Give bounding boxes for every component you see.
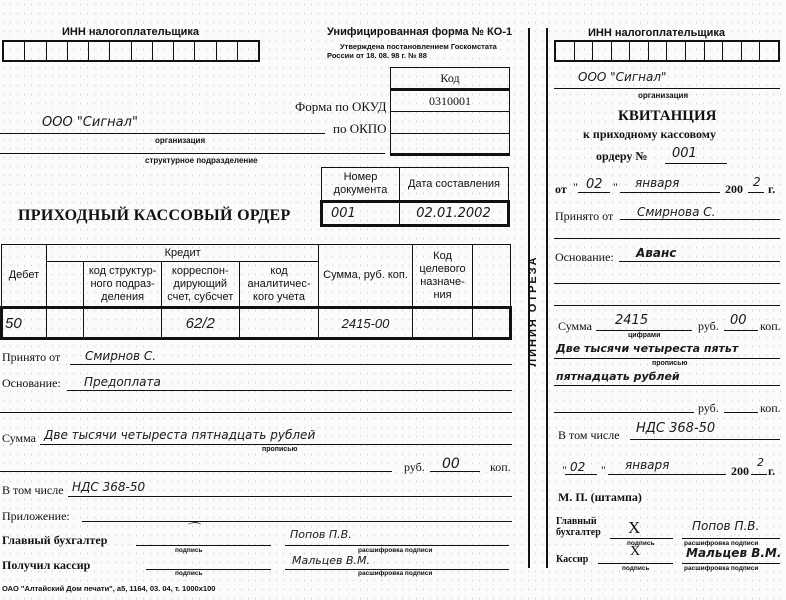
printer-footer: ОАО "Алтайский Дом печати", а5, 1164, 03…: [2, 584, 215, 593]
receipt-title: КВИТАНЦИЯ: [618, 108, 716, 125]
basis-line: [67, 390, 512, 391]
rub-label: руб.: [404, 460, 425, 475]
sum-words-value[interactable]: Две тысячи четыреста пятнадцать рублей: [44, 428, 315, 442]
receipt-basis-line-3: [554, 305, 780, 306]
receipt-date-year-line: [748, 192, 764, 193]
cashier-sign-caption: подпись: [175, 570, 202, 577]
receipt-sign-date-year-line: [751, 474, 767, 475]
receipt-date-day[interactable]: 02: [586, 177, 603, 192]
receipt-order-no-line: [665, 163, 727, 164]
doc-date-header: Дата составления: [400, 168, 509, 202]
okud-label: Форма по ОКУД: [295, 99, 387, 115]
receipt-basis-line: [619, 261, 780, 262]
accounting-table: Дебет Кредит Сумма, руб. коп. Код целево…: [0, 244, 512, 340]
structural-unit-caption: структурное подразделение: [145, 156, 258, 165]
receipt-cashier-name-caption: расшифровка подписи: [684, 565, 758, 572]
cut-line-label: ЛИНИЯ ОТРЕЗА: [527, 246, 539, 376]
quote-close-2: ": [601, 463, 606, 478]
receipt-rub-label: руб.: [698, 319, 719, 334]
sum-words-line: [40, 444, 512, 445]
col-sum: Сумма, руб. коп.: [319, 245, 412, 308]
receipt-sign-date-year-prefix: 200: [731, 464, 749, 479]
chief-accountant-name-line: [285, 545, 509, 546]
receipt-chief-accountant-name-line: [682, 538, 780, 539]
cell-credit-blank[interactable]: [46, 308, 83, 339]
receipt-date-year-suffix[interactable]: 2: [753, 175, 761, 189]
chief-accountant-name-caption: расшифровка подписи: [358, 547, 432, 554]
receipt-received-from-line: [620, 219, 780, 220]
receipt-order-no-value[interactable]: 001: [672, 146, 697, 161]
receipt-kop-label: коп.: [760, 319, 781, 334]
cell-structural-code[interactable]: [84, 308, 162, 339]
received-from-label: Принято от: [2, 350, 60, 365]
organization-line: [0, 133, 325, 134]
receipt-organization-line: [554, 88, 780, 89]
receipt-chief-accountant-label-1: Главный: [556, 516, 597, 527]
receipt-including-label: В том числе: [558, 428, 620, 443]
receipt-chief-accountant-name[interactable]: Попов П.В.: [692, 519, 759, 533]
receipt-sum-digits-caption: цифрами: [628, 332, 660, 339]
receipt-kop2-line: [724, 412, 758, 413]
sum-words-line-2: [0, 471, 392, 472]
okpo-value[interactable]: [391, 112, 510, 134]
chief-accountant-label: Главный бухгалтер: [2, 533, 107, 548]
cashier-name-caption: расшифровка подписи: [358, 570, 432, 577]
cashier-label: Получил кассир: [2, 558, 90, 573]
receipt-kop-value[interactable]: 00: [730, 313, 747, 328]
approved-line-2: России от 18. 08. 98 г. № 88: [327, 51, 427, 60]
receipt-basis-line-2: [554, 283, 780, 284]
receipt-cashier-label: Кассир: [556, 554, 588, 565]
approved-line-1: Утверждена постановлением Госкомстата: [340, 42, 497, 51]
receipt-date-from-label: от: [555, 182, 567, 197]
receipt-sum-words-line-1[interactable]: Две тысячи четыреста пятьт: [556, 342, 738, 355]
doc-number-header: Номер документа: [322, 168, 400, 202]
cell-purpose-code[interactable]: [412, 308, 473, 339]
receipt-chief-accountant-sign-line: [610, 538, 673, 539]
receipt-cashier-name-line: [682, 563, 780, 564]
receipt-rub2-line: [554, 412, 694, 413]
receipt-year-label: г.: [768, 182, 775, 197]
receipt-sum-words-line: [554, 358, 780, 359]
receipt-organization-value[interactable]: ООО "Сигнал": [578, 70, 667, 84]
received-from-value[interactable]: Смирнов С.: [85, 349, 156, 363]
cell-debit[interactable]: 50: [2, 308, 47, 339]
cut-line-right: [546, 28, 548, 568]
chief-accountant-name[interactable]: Попов П.В.: [290, 528, 352, 541]
receipt-including-line: [630, 439, 780, 440]
receipt-chief-accountant-label-2: бухгалтер: [556, 527, 601, 538]
col-blank: [473, 245, 511, 308]
col-analytic-code: код аналитичес-кого учета: [239, 262, 319, 308]
including-label: В том числе: [2, 483, 64, 498]
receipt-date-month[interactable]: января: [635, 176, 679, 190]
col-credit: Кредит: [46, 245, 319, 262]
receipt-received-from-line-2: [554, 238, 780, 239]
receipt-inn-label: ИНН налогоплательщика: [588, 27, 725, 39]
col-corr-account: корреспон-дирующий счет, субсчет: [161, 262, 239, 308]
structural-unit-line: [0, 153, 385, 154]
organization-caption: организация: [155, 136, 205, 145]
including-value[interactable]: НДС 368-50: [72, 480, 145, 494]
cell-corr-account[interactable]: 62/2: [161, 308, 239, 339]
cell-blank[interactable]: [473, 308, 511, 339]
doc-number-date-box: Номер документа Дата составления 001 02.…: [320, 167, 510, 227]
kop-line: [430, 471, 480, 472]
doc-number-value[interactable]: 001: [322, 202, 400, 226]
receipt-basis-label: Основание:: [555, 250, 614, 265]
col-purpose-code: Код целевого назначе-ния: [412, 245, 473, 308]
receipt-sum-label: Сумма: [558, 319, 592, 334]
quote-close: ": [613, 180, 618, 195]
receipt-sum-words-line-2[interactable]: пятнадцать рублей: [556, 370, 680, 383]
sum-words-caption: прописью: [262, 446, 298, 453]
okud-value[interactable]: 0310001: [391, 90, 510, 112]
doc-date-value[interactable]: 02.01.2002: [400, 202, 509, 226]
receipt-date-day-line: [578, 192, 610, 193]
attachment-label: Приложение:: [2, 509, 70, 524]
receipt-sum-digits-value[interactable]: 2415: [615, 313, 648, 328]
code-header: Код: [391, 68, 510, 90]
receipt-inn-input-cells[interactable]: [554, 40, 780, 62]
receipt-cashier-sign-caption: подпись: [622, 565, 649, 572]
code-box: Код 0310001: [390, 67, 510, 156]
receipt-sum-words-caption: прописью: [652, 360, 688, 367]
receipt-sum-digits-line: [596, 330, 692, 331]
organization-value[interactable]: ООО "Сигнал": [42, 115, 138, 130]
chief-accountant-sign-caption: подпись: [175, 547, 202, 554]
document-title: ПРИХОДНЫЙ КАССОВЫЙ ОРДЕР: [18, 207, 291, 225]
attachment-line: [82, 521, 512, 522]
receipt-subtitle: к приходному кассовому: [583, 127, 716, 142]
receipt-kop2-label: коп.: [760, 401, 781, 416]
receipt-including-value[interactable]: НДС 368-50: [636, 421, 715, 436]
receipt-rub2-label: руб.: [698, 401, 719, 416]
col-debit: Дебет: [2, 245, 47, 308]
cell-analytic-code[interactable]: [239, 308, 319, 339]
received-from-line: [70, 364, 512, 365]
receipt-basis-value[interactable]: Аванс: [636, 246, 676, 260]
receipt-sign-year-label: г.: [768, 464, 775, 479]
receipt-chief-accountant-sign[interactable]: X: [628, 518, 640, 538]
receipt-sign-date-month-line: [608, 474, 726, 475]
receipt-received-from-value[interactable]: Смирнова С.: [637, 205, 715, 219]
receipt-organization-caption: организация: [638, 91, 688, 100]
receipt-received-from-label: Принято от: [555, 209, 613, 224]
receipt-cashier-sign-line: [598, 563, 673, 564]
sum-label: Сумма: [2, 431, 36, 446]
receipt-date-year-prefix: 200: [725, 182, 743, 197]
form-title: Унифицированная форма № КО-1: [327, 26, 512, 38]
quote-open-2: ": [562, 463, 567, 478]
basis-line-2: [0, 412, 512, 413]
receipt-cashier-name[interactable]: Мальцев В.М.: [686, 546, 781, 560]
kop-label: коп.: [490, 460, 511, 475]
including-line: [68, 496, 512, 497]
col-structural-code: код структур-ного подраз-деления: [84, 262, 162, 308]
receipt-stamp-label: М. П. (штампа): [558, 490, 642, 505]
inn-label: ИНН налогоплательщика: [62, 26, 199, 38]
receipt-sum-words-line-2-underline: [554, 385, 780, 386]
receipt-date-month-line: [620, 192, 720, 193]
receipt-sign-date-day-line: [565, 474, 597, 475]
receipt-cashier-sign[interactable]: X: [630, 544, 640, 560]
receipt-sign-date-day[interactable]: 02: [570, 460, 585, 474]
cashier-sign-line: [146, 569, 271, 570]
receipt-kop-line: [724, 330, 758, 331]
code-extra[interactable]: [391, 134, 510, 155]
basis-label: Основание:: [2, 376, 61, 391]
receipt-order-no-label: ордеру №: [596, 149, 648, 164]
kop-value[interactable]: 00: [442, 456, 460, 472]
chief-accountant-sign[interactable]: ⌒: [185, 519, 199, 539]
col-credit-blank: [46, 262, 83, 308]
chief-accountant-sign-line: [136, 545, 271, 546]
receipt-sign-date-year-suffix[interactable]: 2: [757, 456, 764, 469]
cashier-name[interactable]: Мальцев В.М.: [292, 554, 370, 567]
inn-input-cells[interactable]: [2, 40, 260, 62]
basis-value[interactable]: Предоплата: [84, 375, 161, 389]
table-row: 50 62/2 2415-00: [2, 308, 511, 339]
receipt-sign-date-month[interactable]: января: [625, 458, 669, 472]
okpo-label: по ОКПО: [333, 121, 387, 137]
cell-sum[interactable]: 2415-00: [319, 308, 412, 339]
